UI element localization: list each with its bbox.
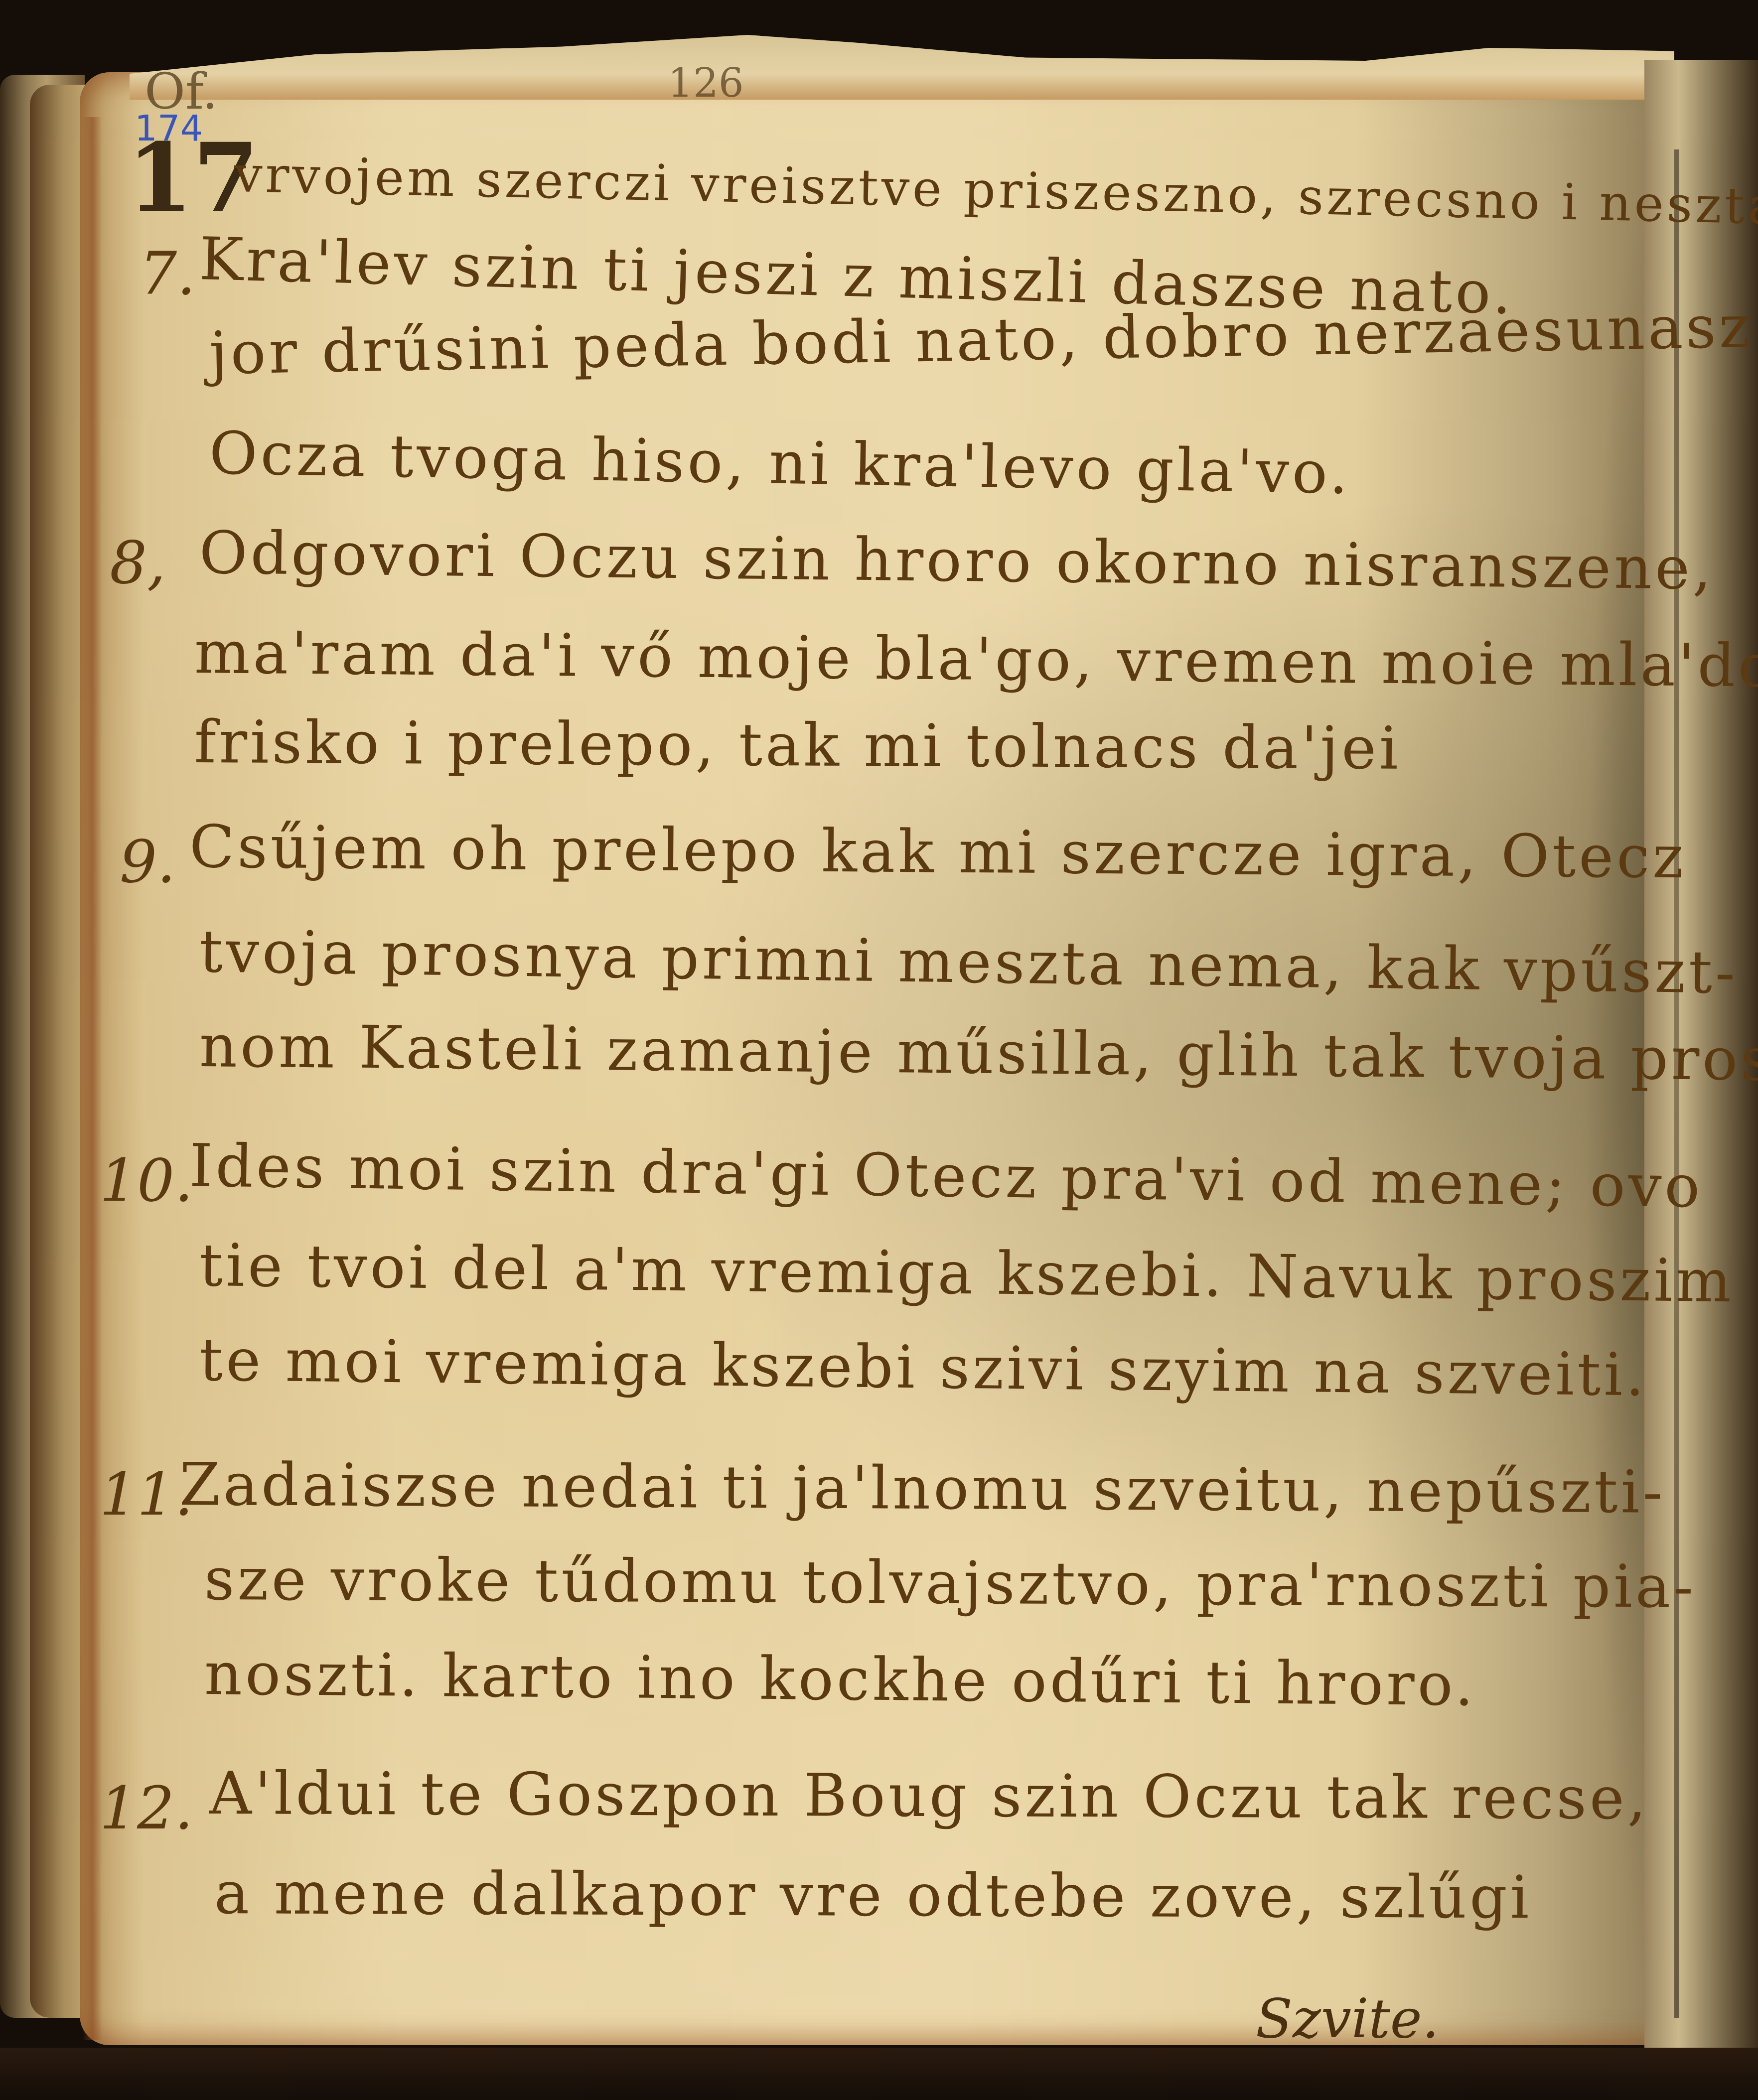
text-line: Csűjem oh prelepo kak mi szercze igra, O… <box>189 817 1687 886</box>
text-line: noszti. karto ino kockhe odűri ti hroro. <box>204 1644 1476 1714</box>
folio-number-blue: 174 <box>135 107 203 149</box>
verse-number: 8, <box>110 528 166 597</box>
text-line: nom Kasteli zamanje műsilla, glih tak tv… <box>199 1016 1758 1090</box>
manuscript-scan: Of. 126 17 174 vrvojem szerczi vreisztve… <box>0 0 1758 2100</box>
text-line: ma'ram da'i vő moje bla'go, vremen moie … <box>194 623 1758 696</box>
book-cover-bottom <box>0 2048 1758 2100</box>
verse-number: 9. <box>120 827 176 896</box>
text-line: tie tvoi del a'm vremiga kszebi. Navuk p… <box>199 1236 1735 1310</box>
text-line: a mene dalkapor vre odtebe zove, szlűgi <box>214 1863 1532 1927</box>
verse-number: 7. <box>140 239 196 308</box>
text-line: sze vroke tűdomu tolvajsztvo, pra'rnoszt… <box>204 1549 1697 1616</box>
verse-number: 12. <box>100 1774 193 1842</box>
text-line: te moi vremiga kszebi szivi szyim na szv… <box>199 1330 1647 1404</box>
text-line: Zadaiszse nedai ti ja'lnomu szveitu, nep… <box>179 1455 1666 1522</box>
margin-top-number: 126 <box>668 60 744 106</box>
text-line: A'ldui te Goszpon Boug szin Oczu tak rec… <box>209 1764 1649 1827</box>
margin-stain-line <box>82 117 102 2040</box>
closing-word: Szvite. <box>1256 1988 1439 2050</box>
verse-number: 10. <box>100 1146 193 1215</box>
text-line: Odgovori Oczu szin hroro okorno nisransz… <box>199 523 1715 598</box>
text-line: frisko i prelepo, tak mi tolnacs da'jei <box>194 712 1401 778</box>
torn-top-flap <box>130 35 1674 100</box>
